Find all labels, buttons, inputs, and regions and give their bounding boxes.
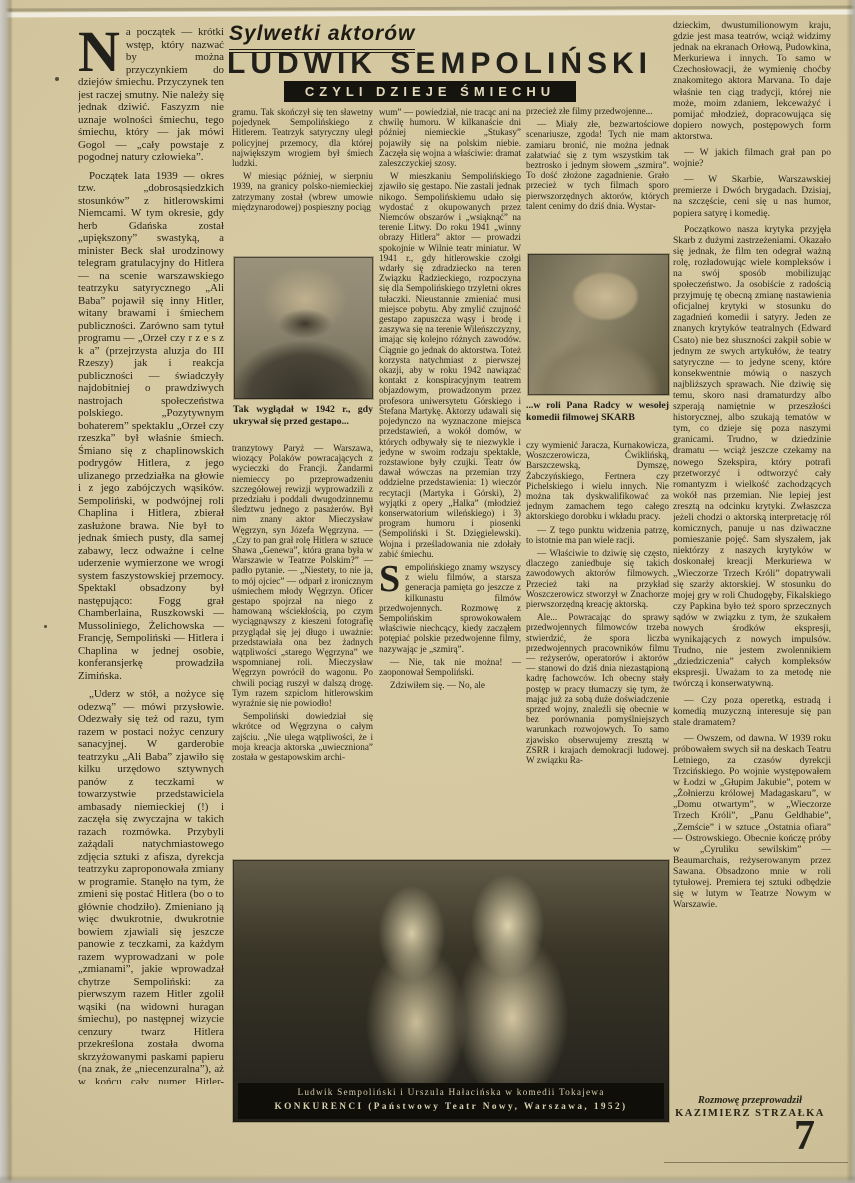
paragraph: gramu. Tak skończył się ten sławetny poj…	[232, 107, 373, 168]
stage-photo-konkurenci: Ludwik Sempoliński i Urszula Hałacińska …	[233, 860, 669, 1122]
paragraph: W miesiąc później, w sierpniu 1939, na g…	[232, 171, 373, 212]
column-2-top-text: gramu. Tak skończył się ten sławetny poj…	[232, 107, 373, 212]
paragraph: wum” — powiedział, nie tracąc ani na chw…	[379, 107, 521, 168]
paragraph: W mieszkaniu Sempolińskiego zjawiło się …	[379, 171, 521, 559]
scan-edge-bottom	[0, 1175, 855, 1183]
column-5-text: dzieckim, dwustumilionowym kraju, gdzie …	[673, 20, 831, 910]
paragraph: Zdziwiłem się. — No, ale	[379, 680, 521, 690]
scan-edge-left	[0, 0, 13, 1183]
paragraph: Początek lata 1939 — okres tzw. „dobrosą…	[78, 170, 224, 683]
paragraph: — Właściwie to dziwię się często, dlacze…	[526, 548, 669, 609]
paragraph: „Uderz w stół, a nożyce się odezwą” — mó…	[78, 688, 224, 1084]
paragraph: — Czy poza operetką, estradą i komedią m…	[673, 695, 831, 728]
article-column-3: wum” — powiedział, nie tracąc ani na chw…	[379, 107, 521, 857]
paragraph: — W Skarbie, Warszawskiej premierze i Dw…	[673, 174, 831, 218]
paragraph: — W jakich filmach grał pan po wojnie?	[673, 147, 831, 169]
paragraph: tranzytowy Paryż — Warszawa, wiozący Pol…	[232, 443, 373, 708]
article-subtitle-banner: CZYLI DZIEJE ŚMIECHU	[284, 81, 576, 102]
interview-credit-lead: Rozmowę przeprowadził	[664, 1094, 836, 1107]
portrait-photo-1942	[234, 257, 373, 399]
article-column-2-top: gramu. Tak skończył się ten sławetny poj…	[232, 107, 373, 255]
paragraph: Ale... Powracając do sprawy przedwojenny…	[526, 612, 669, 765]
article-column-4-bottom: czy wymienić Jaracza, Kurnakowicza, Wosz…	[526, 440, 669, 868]
article-title: LUDWIK SEMPOLIŃSKI	[227, 47, 669, 81]
intro-column-text: a początek — krótki wstęp, który nazwać …	[78, 26, 224, 1084]
article-column-2-bottom: tranzytowy Paryż — Warszawa, wiozący Pol…	[232, 443, 373, 863]
paragraph: — Nie, tak nie można! — zaoponował Sempo…	[379, 657, 521, 677]
stage-photo-caption: Ludwik Sempoliński i Urszula Hałacińska …	[238, 1083, 664, 1119]
scan-speck	[55, 77, 59, 81]
intro-column: N a początek — krótki wstęp, który nazwa…	[78, 26, 224, 1084]
column-3-bottom-text: empolińskiego znamy wszyscy z wielu film…	[379, 562, 521, 690]
portrait-skarb-caption: ...w roli Pana Radcy w wesołej komedii f…	[526, 400, 669, 424]
column-4-top-text: przecież złe filmy przedwojenne...— Miał…	[526, 106, 669, 211]
column-2-bottom-text: tranzytowy Paryż — Warszawa, wiozący Pol…	[232, 443, 373, 762]
paragraph: czy wymienić Jaracza, Kurnakowicza, Wosz…	[526, 440, 669, 522]
paragraph: — Miały złe, bezwartościowe scenariusze,…	[526, 119, 669, 211]
page-number: 7	[794, 1112, 815, 1160]
dropcap-n: N	[78, 29, 120, 75]
magazine-page: Sylwetki aktorów LUDWIK SEMPOLIŃSKI CZYL…	[0, 0, 855, 1183]
scan-speck	[44, 625, 47, 628]
portrait-photo-skarb	[528, 254, 669, 395]
article-column-4-top: przecież złe filmy przedwojenne...— Miał…	[526, 106, 669, 253]
paragraph: empolińskiego znamy wszyscy z wielu film…	[379, 562, 521, 654]
portrait-1942-caption: Tak wyglądał w 1942 r., gdy ukrywał się …	[233, 404, 373, 428]
bottom-rule	[664, 1162, 848, 1163]
stage-photo-caption-line1: Ludwik Sempoliński i Urszula Hałacińska …	[238, 1086, 664, 1100]
paragraph: Początkowo nasza krytyka przyjęła Skarb …	[673, 224, 831, 690]
paragraph: — Z tego punktu widzenia patrzę, to isto…	[526, 525, 669, 545]
stage-photo-caption-line2: KONKURENCI (Państwowy Teatr Nowy, Warsza…	[238, 1100, 664, 1114]
paragraph: przecież złe filmy przedwojenne...	[526, 106, 669, 116]
paragraph: — Owszem, od dawna. W 1939 roku próbował…	[673, 733, 831, 911]
article-column-5: dzieckim, dwustumilionowym kraju, gdzie …	[673, 20, 831, 1092]
column-4-bottom-text: czy wymienić Jaracza, Kurnakowicza, Wosz…	[526, 440, 669, 765]
paragraph: Sempoliński dowiedział się wkrótce od Wę…	[232, 711, 373, 762]
column-3-top-text: wum” — powiedział, nie tracąc ani na chw…	[379, 107, 521, 559]
paragraph: dzieckim, dwustumilionowym kraju, gdzie …	[673, 20, 831, 142]
scan-edge-right	[846, 0, 855, 1183]
dropcap-s: S	[379, 564, 400, 594]
